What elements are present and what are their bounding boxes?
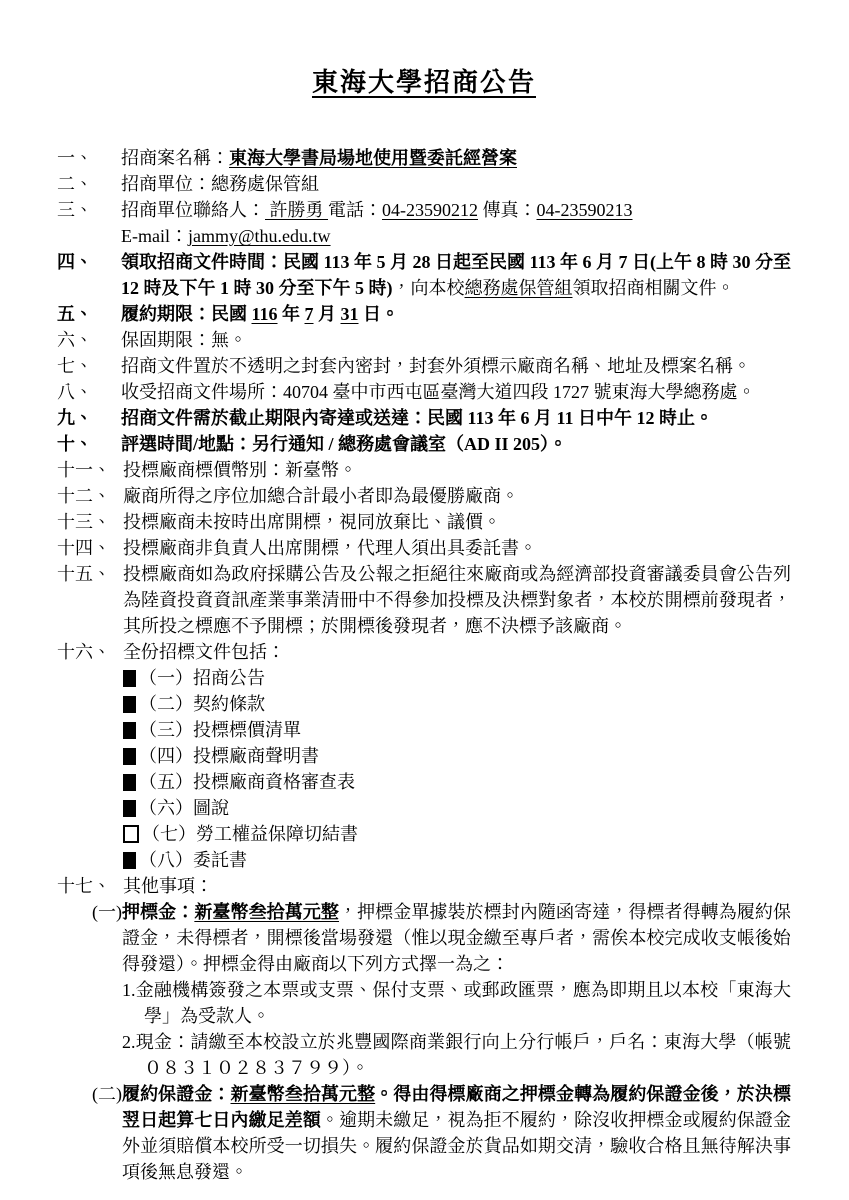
checklist-label: （七）勞工權益保障切結書	[142, 821, 358, 847]
text-segment: 履約期限：民國	[121, 304, 252, 324]
text-segment: 履約保證金：	[122, 1084, 231, 1104]
checklist-label: （二）契約條款	[139, 691, 265, 717]
text-segment: 招商文件置於不透明之封套內密封，封套外須標示廠商名稱、地址及標案名稱。	[121, 356, 751, 376]
item-number: 九、	[57, 405, 121, 431]
text-segment: 116	[252, 304, 278, 324]
text-segment: ，向本校	[393, 278, 465, 298]
list-item: 十四、投標廠商非負責人出席開標，代理人須出具委託書。	[57, 535, 791, 561]
point-number: 2.	[122, 1032, 136, 1052]
item-number: 一、	[57, 145, 121, 171]
item-number: 十六、	[57, 639, 123, 665]
checklist-item: （四）投標廠商聲明書	[123, 743, 791, 769]
item-content: 投標廠商標價幣別：新臺幣。	[123, 457, 791, 483]
checkbox-checked-icon	[123, 696, 136, 713]
item-content: 投標廠商非負責人出席開標，代理人須出具委託書。	[123, 535, 791, 561]
text-segment: 7	[305, 304, 314, 324]
checkbox-checked-icon	[123, 774, 136, 791]
item-content: 全份招標文件包括：（一）招商公告（二）契約條款（三）投標標價清單（四）投標廠商聲…	[123, 639, 791, 873]
text-segment: 月	[314, 304, 341, 324]
item-content: 投標廠商如為政府採購公告及公報之拒絕往來廠商或為經濟部投資審議委員會公告列為陸資…	[123, 561, 791, 639]
item-number: 十一、	[57, 457, 123, 483]
checklist-label: （一）招商公告	[139, 665, 265, 691]
list-item: 七、招商文件置於不透明之封套內密封，封套外須標示廠商名稱、地址及標案名稱。	[57, 353, 791, 379]
item-content: 廠商所得之序位加總合計最小者即為最優勝廠商。	[123, 483, 791, 509]
item-number: 五、	[57, 301, 121, 327]
checklist-item: （六）圖說	[123, 795, 791, 821]
list-item: 四、領取招商文件時間：民國 113 年 5 月 28 日起至民國 113 年 6…	[57, 249, 791, 301]
text-segment: jammy@thu.edu.tw	[188, 226, 331, 246]
item-number: 三、	[57, 197, 121, 223]
text-segment: 年	[278, 304, 305, 324]
text-segment: 新臺幣叁拾萬元整	[194, 902, 339, 922]
item-number: 十三、	[57, 509, 123, 535]
item-content: 保固期限：無。	[121, 327, 791, 353]
list-item: 二、招商單位：總務處保管組	[57, 171, 791, 197]
checkbox-checked-icon	[123, 852, 136, 869]
list-item: 一、招商案名稱：東海大學書局場地使用暨委託經營案	[57, 145, 791, 171]
text-segment: 招商單位：總務處保管組	[121, 174, 319, 194]
item-content: 其他事項：	[123, 873, 791, 899]
item-number: 十四、	[57, 535, 123, 561]
text-segment: 電話：	[328, 200, 382, 220]
text-segment: 04-23590213	[537, 200, 633, 220]
text-segment: 東海大學書局場地使用暨委託經營案	[229, 148, 517, 168]
checklist-label: （五）投標廠商資格審查表	[139, 769, 355, 795]
item-number: 六、	[57, 327, 121, 353]
checklist-label: （四）投標廠商聲明書	[139, 743, 319, 769]
text-segment: 傳真：	[478, 200, 537, 220]
numbered-point: 1.金融機構簽發之本票或支票、保付支票、或郵政匯票，應為即期且以本校「東海大學」…	[122, 977, 791, 1029]
item-number: 七、	[57, 353, 121, 379]
text-segment: 評選時間/地點：另行通知 / 總務處會議室（AD II 205）。	[121, 434, 567, 454]
checklist-label: （三）投標標價清單	[139, 717, 301, 743]
list-item: 九、招商文件需於截止期限內寄達或送達：民國 113 年 6 月 11 日中午 1…	[57, 405, 791, 431]
sub-item: (二)履約保證金：新臺幣叁拾萬元整。得由得標廠商之押標金轉為履約保證金後，於決標…	[92, 1081, 791, 1185]
item-list: 一、招商案名稱：東海大學書局場地使用暨委託經營案二、招商單位：總務處保管組三、招…	[57, 145, 791, 1185]
list-item: 十六、全份招標文件包括：（一）招商公告（二）契約條款（三）投標標價清單（四）投標…	[57, 639, 791, 873]
list-item: 十三、投標廠商未按時出席開標，視同放棄比、議價。	[57, 509, 791, 535]
text-segment: 收受招商文件場所：40704 臺中市西屯區臺灣大道四段 1727 號東海大學總務…	[121, 382, 756, 402]
item-content: 招商文件需於截止期限內寄達或送達：民國 113 年 6 月 11 日中午 12 …	[121, 405, 791, 431]
item-number: 十五、	[57, 561, 123, 587]
list-item: 八、收受招商文件場所：40704 臺中市西屯區臺灣大道四段 1727 號東海大學…	[57, 379, 791, 405]
item-content: 評選時間/地點：另行通知 / 總務處會議室（AD II 205）。	[121, 431, 791, 457]
item-content: 收受招商文件場所：40704 臺中市西屯區臺灣大道四段 1727 號東海大學總務…	[121, 379, 791, 405]
checklist-item: （一）招商公告	[123, 665, 791, 691]
item-number: 十、	[57, 431, 121, 457]
text-segment: 投標廠商非負責人出席開標，代理人須出具委託書。	[123, 538, 537, 558]
list-item: 十七、其他事項：	[57, 873, 791, 899]
text-segment: 投標廠商未按時出席開標，視同放棄比、議價。	[123, 512, 501, 532]
item-number: 十七、	[57, 873, 123, 899]
checkbox-checked-icon	[123, 800, 136, 817]
sub-item-label: (一)	[92, 899, 122, 925]
list-item: 十二、廠商所得之序位加總合計最小者即為最優勝廠商。	[57, 483, 791, 509]
point-number: 1.	[122, 980, 136, 1000]
sub-item-label: (二)	[92, 1081, 122, 1107]
list-item: 十、評選時間/地點：另行通知 / 總務處會議室（AD II 205）。	[57, 431, 791, 457]
checklist-label: （八）委託書	[139, 847, 247, 873]
item-content: 招商文件置於不透明之封套內密封，封套外須標示廠商名稱、地址及標案名稱。	[121, 353, 791, 379]
page-title: 東海大學招商公告	[57, 62, 791, 99]
text-segment: 廠商所得之序位加總合計最小者即為最優勝廠商。	[123, 486, 519, 506]
checkbox-empty-icon	[123, 825, 139, 843]
checkbox-checked-icon	[123, 722, 136, 739]
item-content: 投標廠商未按時出席開標，視同放棄比、議價。	[123, 509, 791, 535]
text-segment: 許勝勇	[265, 200, 328, 220]
item-content: 招商單位：總務處保管組	[121, 171, 791, 197]
checklist-item: （七）勞工權益保障切結書	[123, 821, 791, 847]
checkbox-checked-icon	[123, 670, 136, 687]
text-segment: 招商文件需於截止期限內寄達或送達：民國 113 年 6 月 11 日中午 12 …	[121, 408, 713, 428]
sub-item-content: 履約保證金：新臺幣叁拾萬元整。得由得標廠商之押標金轉為履約保證金後，於決標翌日起…	[122, 1081, 791, 1185]
text-segment: 現金：請繳至本校設立於兆豐國際商業銀行向上分行帳戶，戶名：東海大學（帳號０８３１…	[136, 1032, 792, 1078]
sub-item-content: 押標金：新臺幣叁拾萬元整，押標金單據裝於標封內隨函寄達，得標者得轉為履約保證金，…	[122, 899, 791, 1081]
document-page: 東海大學招商公告 一、招商案名稱：東海大學書局場地使用暨委託經營案二、招商單位：…	[0, 0, 849, 1200]
text-segment: 其他事項：	[123, 876, 213, 896]
item-number: 十二、	[57, 483, 123, 509]
sub-item: (一)押標金：新臺幣叁拾萬元整，押標金單據裝於標封內隨函寄達，得標者得轉為履約保…	[92, 899, 791, 1081]
text-segment: 領取招商相關文件。	[573, 278, 735, 298]
text-segment: 保固期限：無。	[121, 330, 247, 350]
list-item: 十五、投標廠商如為政府採購公告及公報之拒絕往來廠商或為經濟部投資審議委員會公告列…	[57, 561, 791, 639]
text-segment: 新臺幣叁拾萬元整	[231, 1084, 376, 1104]
text-segment: 投標廠商如為政府採購公告及公報之拒絕往來廠商或為經濟部投資審議委員會公告列為陸資…	[123, 564, 791, 636]
item-content: 領取招商文件時間：民國 113 年 5 月 28 日起至民國 113 年 6 月…	[121, 249, 791, 301]
text-segment: 31	[341, 304, 359, 324]
checkbox-checked-icon	[123, 748, 136, 765]
item-number: 四、	[57, 249, 121, 275]
list-item: 五、履約期限：民國 116 年 7 月 31 日。	[57, 301, 791, 327]
list-item: 六、保固期限：無。	[57, 327, 791, 353]
list-item: 十一、投標廠商標價幣別：新臺幣。	[57, 457, 791, 483]
text-segment: 全份招標文件包括：	[123, 642, 285, 662]
text-segment: 日。	[359, 304, 400, 324]
checklist-item: （五）投標廠商資格審查表	[123, 769, 791, 795]
numbered-point: 2.現金：請繳至本校設立於兆豐國際商業銀行向上分行帳戶，戶名：東海大學（帳號０８…	[122, 1029, 791, 1081]
text-segment: 總務處保管組	[465, 278, 573, 298]
item-content: 招商單位聯絡人： 許勝勇 電話：04-23590212 傳真：04-235902…	[121, 197, 791, 249]
text-segment: 招商案名稱：	[121, 148, 229, 168]
list-item: 三、招商單位聯絡人： 許勝勇 電話：04-23590212 傳真：04-2359…	[57, 197, 791, 249]
text-segment: 04-23590212	[382, 200, 478, 220]
document-checklist: （一）招商公告（二）契約條款（三）投標標價清單（四）投標廠商聲明書（五）投標廠商…	[123, 665, 791, 873]
page-title-text: 東海大學招商公告	[312, 68, 536, 97]
item-number: 二、	[57, 171, 121, 197]
checklist-item: （二）契約條款	[123, 691, 791, 717]
text-segment: 金融機構簽發之本票或支票、保付支票、或郵政匯票，應為即期且以本校「東海大學」為受…	[136, 980, 792, 1026]
checklist-label: （六）圖說	[139, 795, 229, 821]
text-segment: 投標廠商標價幣別：新臺幣。	[123, 460, 357, 480]
text-segment: E-mail：	[121, 226, 188, 246]
text-segment: 招商單位聯絡人：	[121, 200, 265, 220]
item-content: 招商案名稱：東海大學書局場地使用暨委託經營案	[121, 145, 791, 171]
text-segment: 押標金：	[122, 902, 194, 922]
checklist-item: （三）投標標價清單	[123, 717, 791, 743]
item-number: 八、	[57, 379, 121, 405]
checklist-item: （八）委託書	[123, 847, 791, 873]
item-content: 履約期限：民國 116 年 7 月 31 日。	[121, 301, 791, 327]
